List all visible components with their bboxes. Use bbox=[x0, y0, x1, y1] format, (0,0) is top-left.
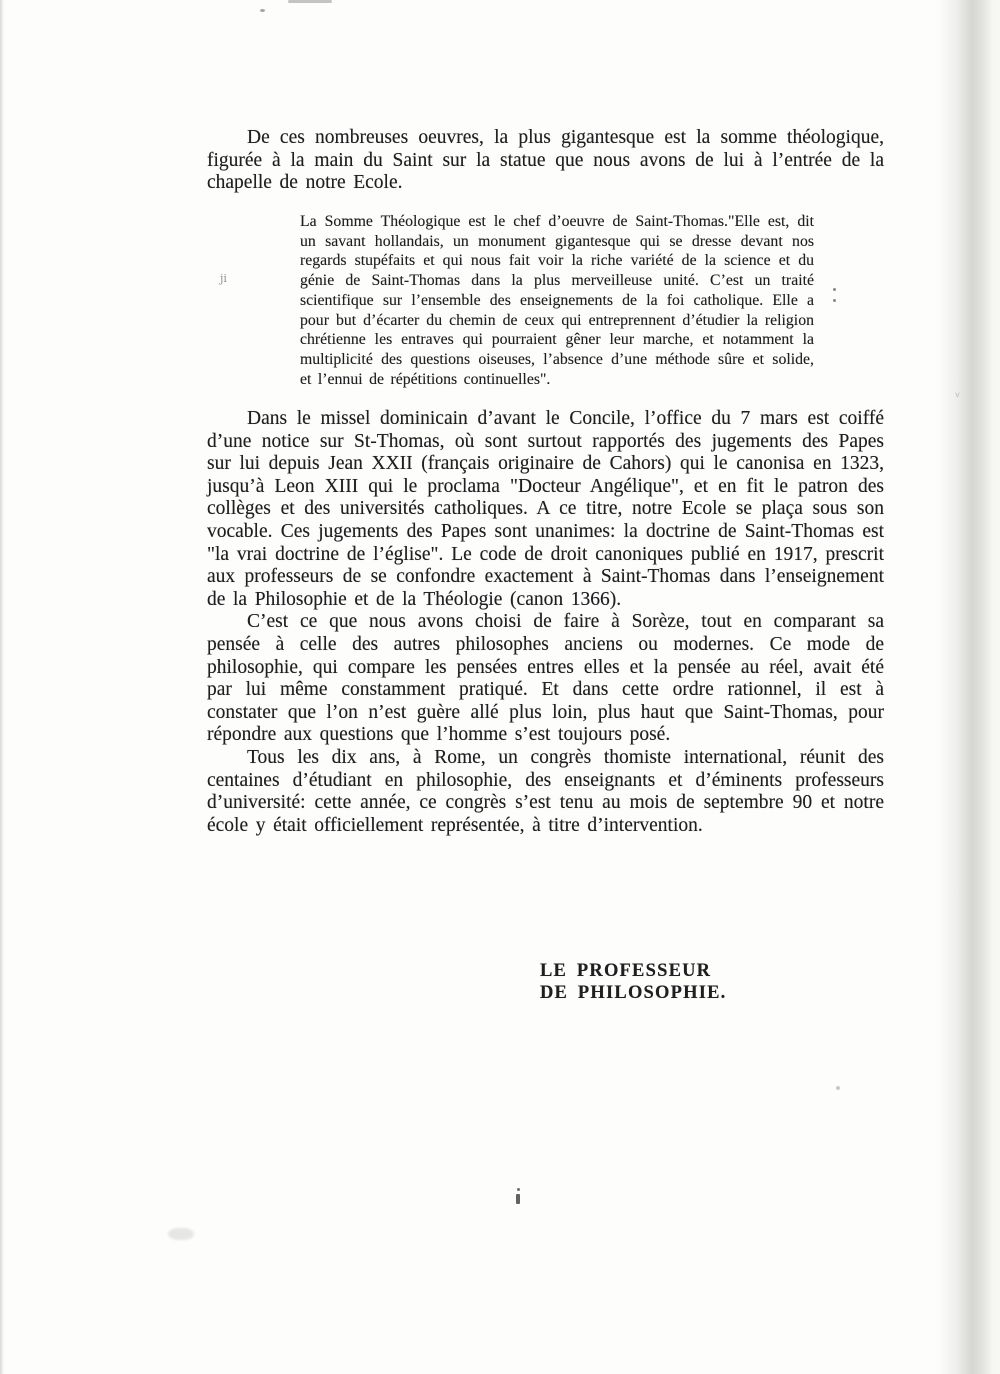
signature-block: LE PROFESSEUR DE PHILOSOPHIE. bbox=[540, 960, 726, 1004]
paragraph-congres-thomiste: Tous les dix ans, à Rome, un congrès tho… bbox=[207, 747, 884, 837]
paragraph-soreze: C’est ce que nous avons choisi de faire … bbox=[207, 611, 884, 747]
scan-colon-right-margin bbox=[833, 288, 836, 302]
main-text-block: Dans le missel dominicain d’avant le Con… bbox=[207, 408, 884, 837]
signature-line-1: LE PROFESSEUR bbox=[540, 960, 726, 982]
paragraph-missel-dominicain: Dans le missel dominicain d’avant le Con… bbox=[207, 408, 884, 611]
scan-left-edge bbox=[0, 0, 4, 1374]
scan-speck-top bbox=[260, 9, 265, 12]
blockquote-somme-theologique: La Somme Théologique est le chef d’oeuvr… bbox=[300, 212, 814, 389]
scan-smudge-left-margin: ji bbox=[220, 272, 229, 288]
scanned-document-page: De ces nombreuses oeuvres, la plus gigan… bbox=[0, 0, 1000, 1374]
scan-artifact-top-dash bbox=[288, 0, 332, 3]
scan-smudge-bottom-left bbox=[168, 1228, 194, 1240]
signature-line-2: DE PHILOSOPHIE. bbox=[540, 982, 726, 1004]
scan-mark-bottom-center bbox=[516, 1188, 520, 1204]
paragraph-intro: De ces nombreuses oeuvres, la plus gigan… bbox=[207, 127, 884, 195]
scan-dot-right-low bbox=[836, 1086, 840, 1090]
scan-right-edge-shadow bbox=[938, 0, 1000, 1374]
